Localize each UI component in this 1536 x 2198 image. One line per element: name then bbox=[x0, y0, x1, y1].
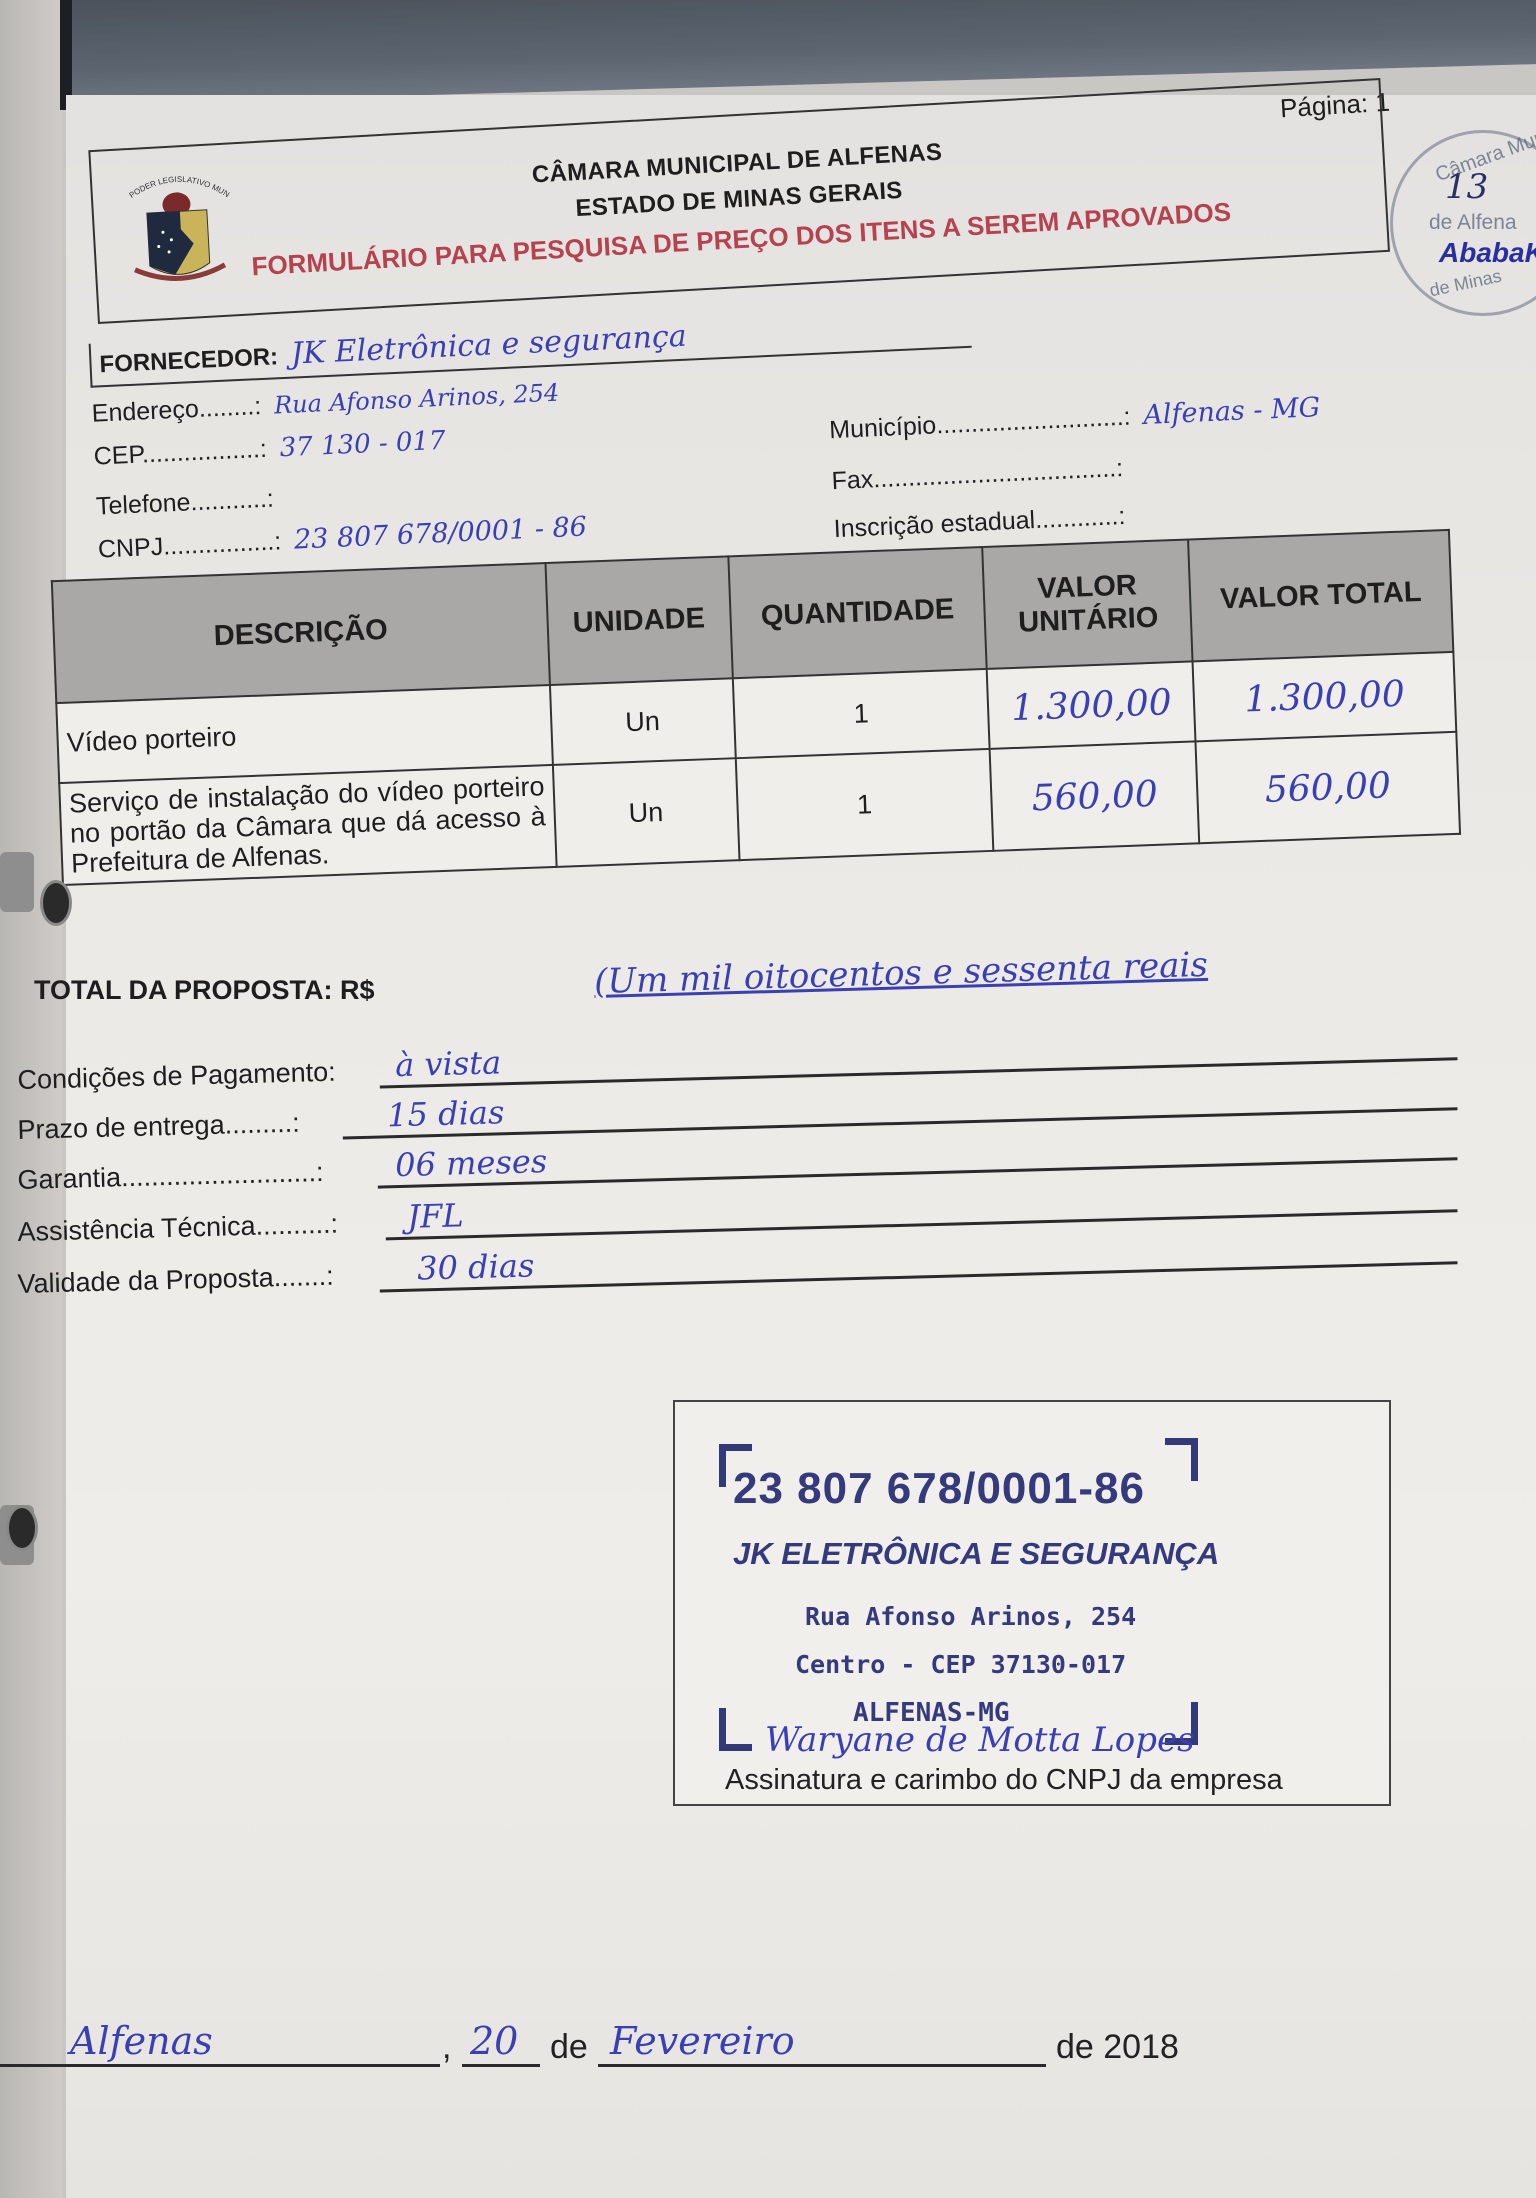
date-comma: , bbox=[442, 2028, 451, 2067]
month-fill-line bbox=[598, 2064, 1046, 2067]
total-label: TOTAL DA PROPOSTA: R$ bbox=[34, 975, 375, 1006]
item-unit: Un bbox=[550, 678, 736, 765]
item-total-price: 1.300,00 bbox=[1193, 652, 1456, 741]
handwritten-signature: Waryane de Motta Lopes bbox=[765, 1720, 1195, 1760]
condition-label: Condições de Pagamento: bbox=[17, 1057, 336, 1096]
item-quantity: 1 bbox=[732, 669, 990, 758]
stamp-corner-top-right bbox=[1165, 1438, 1198, 1481]
date-year: de 2018 bbox=[1056, 2028, 1179, 2067]
endereco-value: Rua Afonso Arinos, 254 bbox=[273, 379, 559, 420]
total-value-words: (Um mil oitocentos e sessenta reais bbox=[594, 938, 1455, 1002]
fax-value bbox=[1128, 449, 1130, 484]
column-header: VALOR TOTAL bbox=[1188, 530, 1453, 661]
column-header: QUANTIDADE bbox=[728, 547, 987, 678]
item-description: Serviço de instalação do vídeo porteiro … bbox=[59, 765, 556, 885]
telefone-value bbox=[279, 479, 281, 514]
cnpj-label: CNPJ................: bbox=[97, 527, 281, 563]
stamp-district-cep: Centro - CEP 37130-017 bbox=[795, 1650, 1126, 1679]
fax-label: Fax...................................: bbox=[831, 454, 1124, 495]
fax-field: Fax...................................: bbox=[831, 449, 1130, 497]
day-fill-line bbox=[462, 2064, 540, 2067]
telefone-label: Telefone...........: bbox=[95, 485, 274, 521]
form-page: Página: 1 PODER LEGISLATIVO MUNICIPAL CÂ… bbox=[0, 0, 1536, 2198]
item-quantity: 1 bbox=[735, 749, 993, 860]
stamp-company-name: JK ELETRÔNICA E SEGURANÇA bbox=[733, 1536, 1219, 1572]
condition-value: 15 dias bbox=[387, 1093, 505, 1134]
cep-label: CEP.................: bbox=[93, 435, 267, 471]
stamp-middle-text: de Alfena bbox=[1429, 211, 1517, 235]
punch-hole bbox=[6, 1505, 38, 1551]
fill-line bbox=[380, 1259, 1458, 1292]
fornecedor-label: FORNECEDOR: bbox=[99, 343, 279, 378]
stamp-initials: AbabaK bbox=[1439, 237, 1536, 269]
column-header: DESCRIÇÃO bbox=[52, 563, 550, 703]
municipio-value: Alfenas - MG bbox=[1143, 392, 1321, 431]
stamp-cnpj: 23 807 678/0001-86 bbox=[733, 1464, 1145, 1514]
stamp-corner-bottom-left bbox=[719, 1708, 752, 1751]
condition-label: Prazo de entrega.........: bbox=[17, 1108, 300, 1146]
condition-label: Validade da Proposta.......: bbox=[17, 1261, 334, 1300]
column-header: UNIDADE bbox=[545, 556, 732, 685]
inscricao-value bbox=[1130, 497, 1132, 532]
date-de: de bbox=[550, 2028, 588, 2067]
date-month: Fevereiro bbox=[610, 2019, 795, 2063]
signature-stamp-box: 23 807 678/0001-86 JK ELETRÔNICA E SEGUR… bbox=[673, 1400, 1391, 1806]
item-unit: Un bbox=[553, 758, 739, 867]
item-unit-price: 1.300,00 bbox=[987, 661, 1196, 748]
stamp-address: Rua Afonso Arinos, 254 bbox=[805, 1602, 1136, 1631]
condition-label: Garantia..........................: bbox=[17, 1157, 324, 1196]
inscricao-field: Inscrição estadual............: bbox=[833, 497, 1132, 545]
city-fill-line bbox=[0, 2064, 440, 2067]
condition-value: 30 dias bbox=[417, 1246, 535, 1287]
condition-value: 06 meses bbox=[395, 1142, 548, 1184]
stamp-page-number: 13 bbox=[1445, 167, 1488, 207]
date-city: Alfenas bbox=[70, 2019, 213, 2063]
items-table: DESCRIÇÃO UNIDADE QUANTIDADE VALOR UNITÁ… bbox=[51, 529, 1461, 886]
telefone-field: Telefone...........: bbox=[95, 479, 280, 522]
binder-ring bbox=[0, 852, 34, 912]
item-unit-price: 560,00 bbox=[990, 741, 1199, 850]
date-line: Alfenas , 20 de Fevereiro de 2018 bbox=[0, 2025, 1200, 2085]
condition-label: Assistência Técnica..........: bbox=[17, 1209, 338, 1248]
column-header: VALOR UNITÁRIO bbox=[983, 539, 1193, 668]
punch-hole bbox=[40, 880, 72, 926]
cep-field: CEP.................: 37 130 - 017 bbox=[93, 426, 446, 472]
municipio-field: Município...........................: Al… bbox=[829, 392, 1321, 445]
signature-caption: Assinatura e carimbo do CNPJ da empresa bbox=[725, 1764, 1283, 1797]
municipio-label: Município...........................: bbox=[829, 403, 1131, 445]
condition-value: JFL bbox=[407, 1196, 464, 1235]
condition-value: à vista bbox=[395, 1043, 502, 1084]
cep-value: 37 130 - 017 bbox=[279, 426, 446, 463]
item-total-price: 560,00 bbox=[1196, 732, 1460, 843]
date-day: 20 bbox=[470, 2019, 518, 2063]
endereco-label: Endereço........: bbox=[91, 392, 262, 428]
cnpj-value: 23 807 678/0001 - 86 bbox=[293, 511, 587, 555]
cnpj-field: CNPJ................: 23 807 678/0001 - … bbox=[97, 511, 587, 564]
endereco-field: Endereço........: Rua Afonso Arinos, 254 bbox=[91, 379, 560, 429]
inscricao-label: Inscrição estadual............: bbox=[833, 502, 1126, 543]
